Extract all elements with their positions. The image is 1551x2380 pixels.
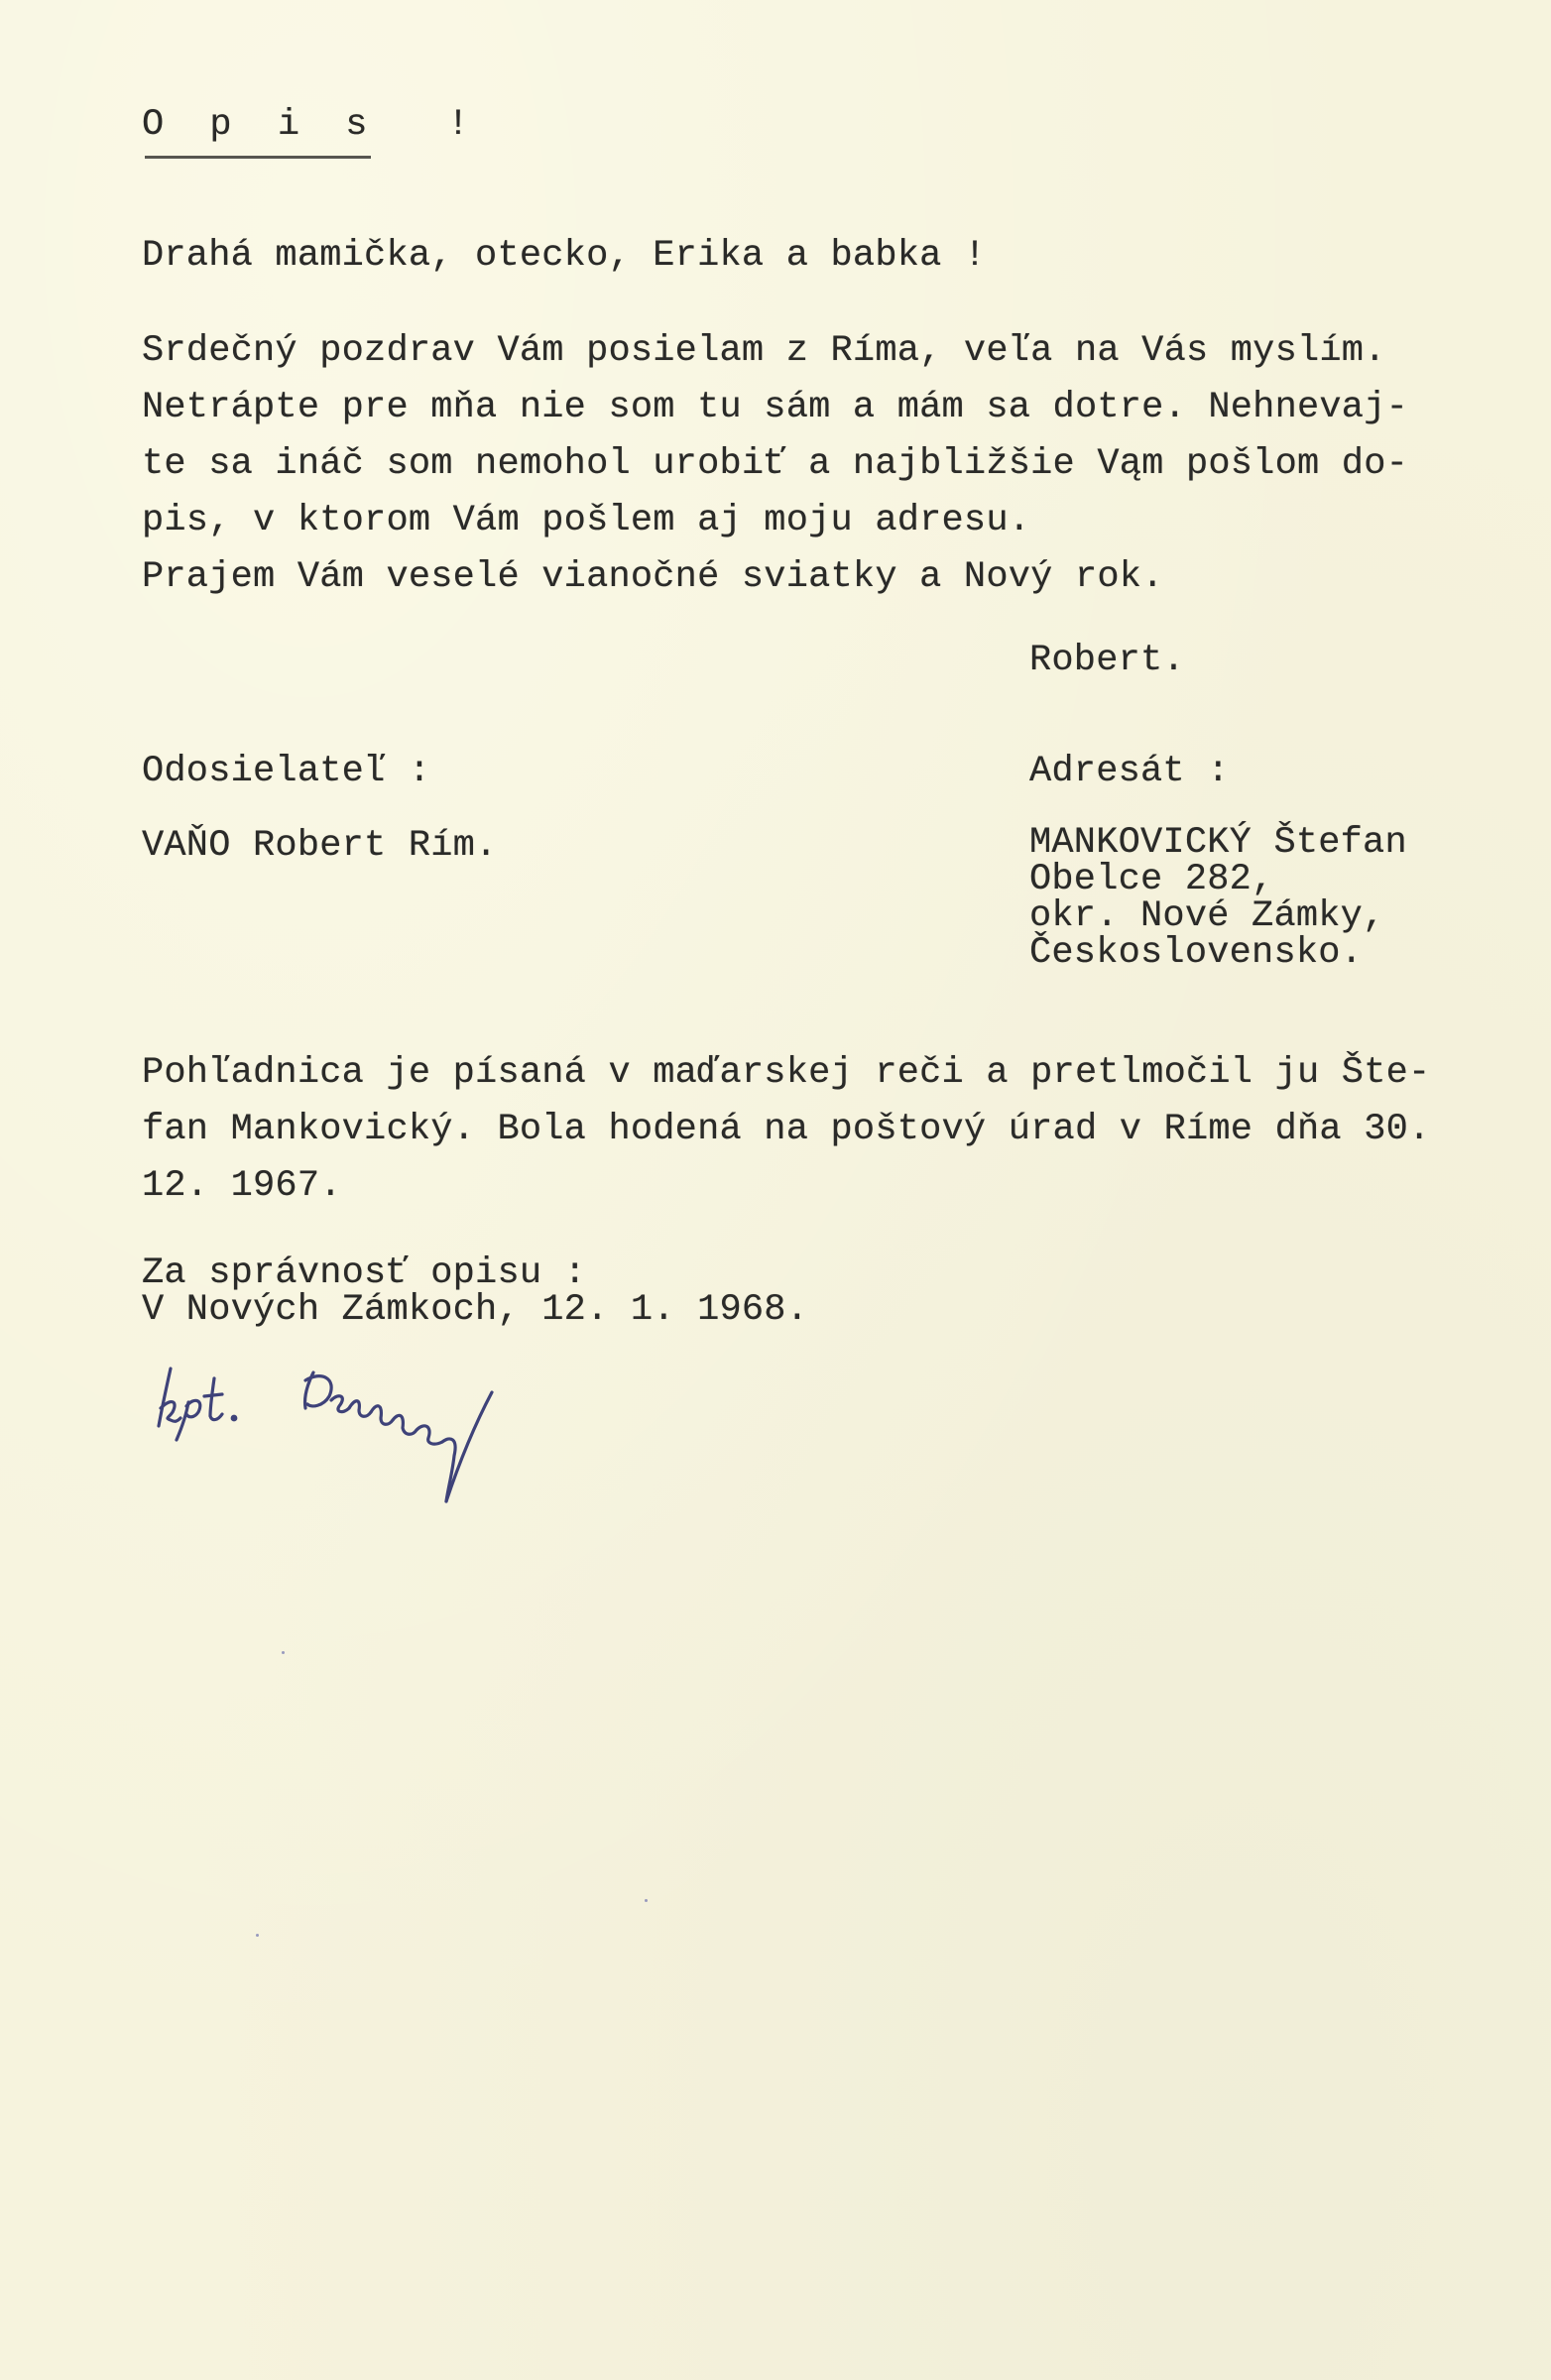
closing-name: Robert. xyxy=(1029,643,1185,679)
address-line: MANKOVICKÝ Štefan xyxy=(1029,825,1407,862)
letter-line: Netrápte pre mňa nie som tu sám a mám sa… xyxy=(142,380,1408,436)
ink-speck xyxy=(256,1934,259,1937)
handwritten-signature xyxy=(127,1357,543,1525)
letter-line: Prajem Vám veselé vianočné sviatky a Nov… xyxy=(142,549,1408,606)
recipient-label: Adresát : xyxy=(1029,754,1230,790)
certification-line: V Nových Zámkoch, 12. 1. 1968. xyxy=(142,1292,808,1329)
title-underline xyxy=(145,156,371,159)
letter-line: Srdečný pozdrav Vám posielam z Ríma, veľ… xyxy=(142,323,1408,380)
letter-body: Srdečný pozdrav Vám posielam z Ríma, veľ… xyxy=(142,323,1408,606)
translation-note: Pohľadnica je písaná v maďarskej reči a … xyxy=(142,1045,1430,1215)
ink-speck xyxy=(282,1651,285,1654)
document-title: O p i s ! xyxy=(142,107,481,144)
signature-scrawl-icon xyxy=(127,1357,543,1525)
address-line: okr. Nové Zámky, xyxy=(1029,898,1407,935)
note-line: Pohľadnica je písaná v maďarskej reči a … xyxy=(142,1045,1430,1102)
certification-line: Za správnosť opisu : xyxy=(142,1255,808,1292)
letter-line: pis, v ktorom Vám pošlem aj moju adresu. xyxy=(142,493,1408,549)
salutation: Drahá mamička, otecko, Erika a babka ! xyxy=(142,238,986,275)
recipient-address: MANKOVICKÝ Štefan Obelce 282, okr. Nové … xyxy=(1029,825,1407,972)
address-line: Obelce 282, xyxy=(1029,862,1407,898)
address-line: Československo. xyxy=(1029,935,1407,972)
sender-label: Odosielateľ : xyxy=(142,754,430,790)
note-line: fan Mankovický. Bola hodená na poštový ú… xyxy=(142,1102,1430,1158)
ink-speck xyxy=(645,1899,648,1902)
certification: Za správnosť opisu : V Nových Zámkoch, 1… xyxy=(142,1255,808,1329)
sender-name: VAŇO Robert Rím. xyxy=(142,828,497,865)
letter-line: te sa ináč som nemohol urobiť a najbližš… xyxy=(142,436,1408,493)
note-line: 12. 1967. xyxy=(142,1158,1430,1215)
